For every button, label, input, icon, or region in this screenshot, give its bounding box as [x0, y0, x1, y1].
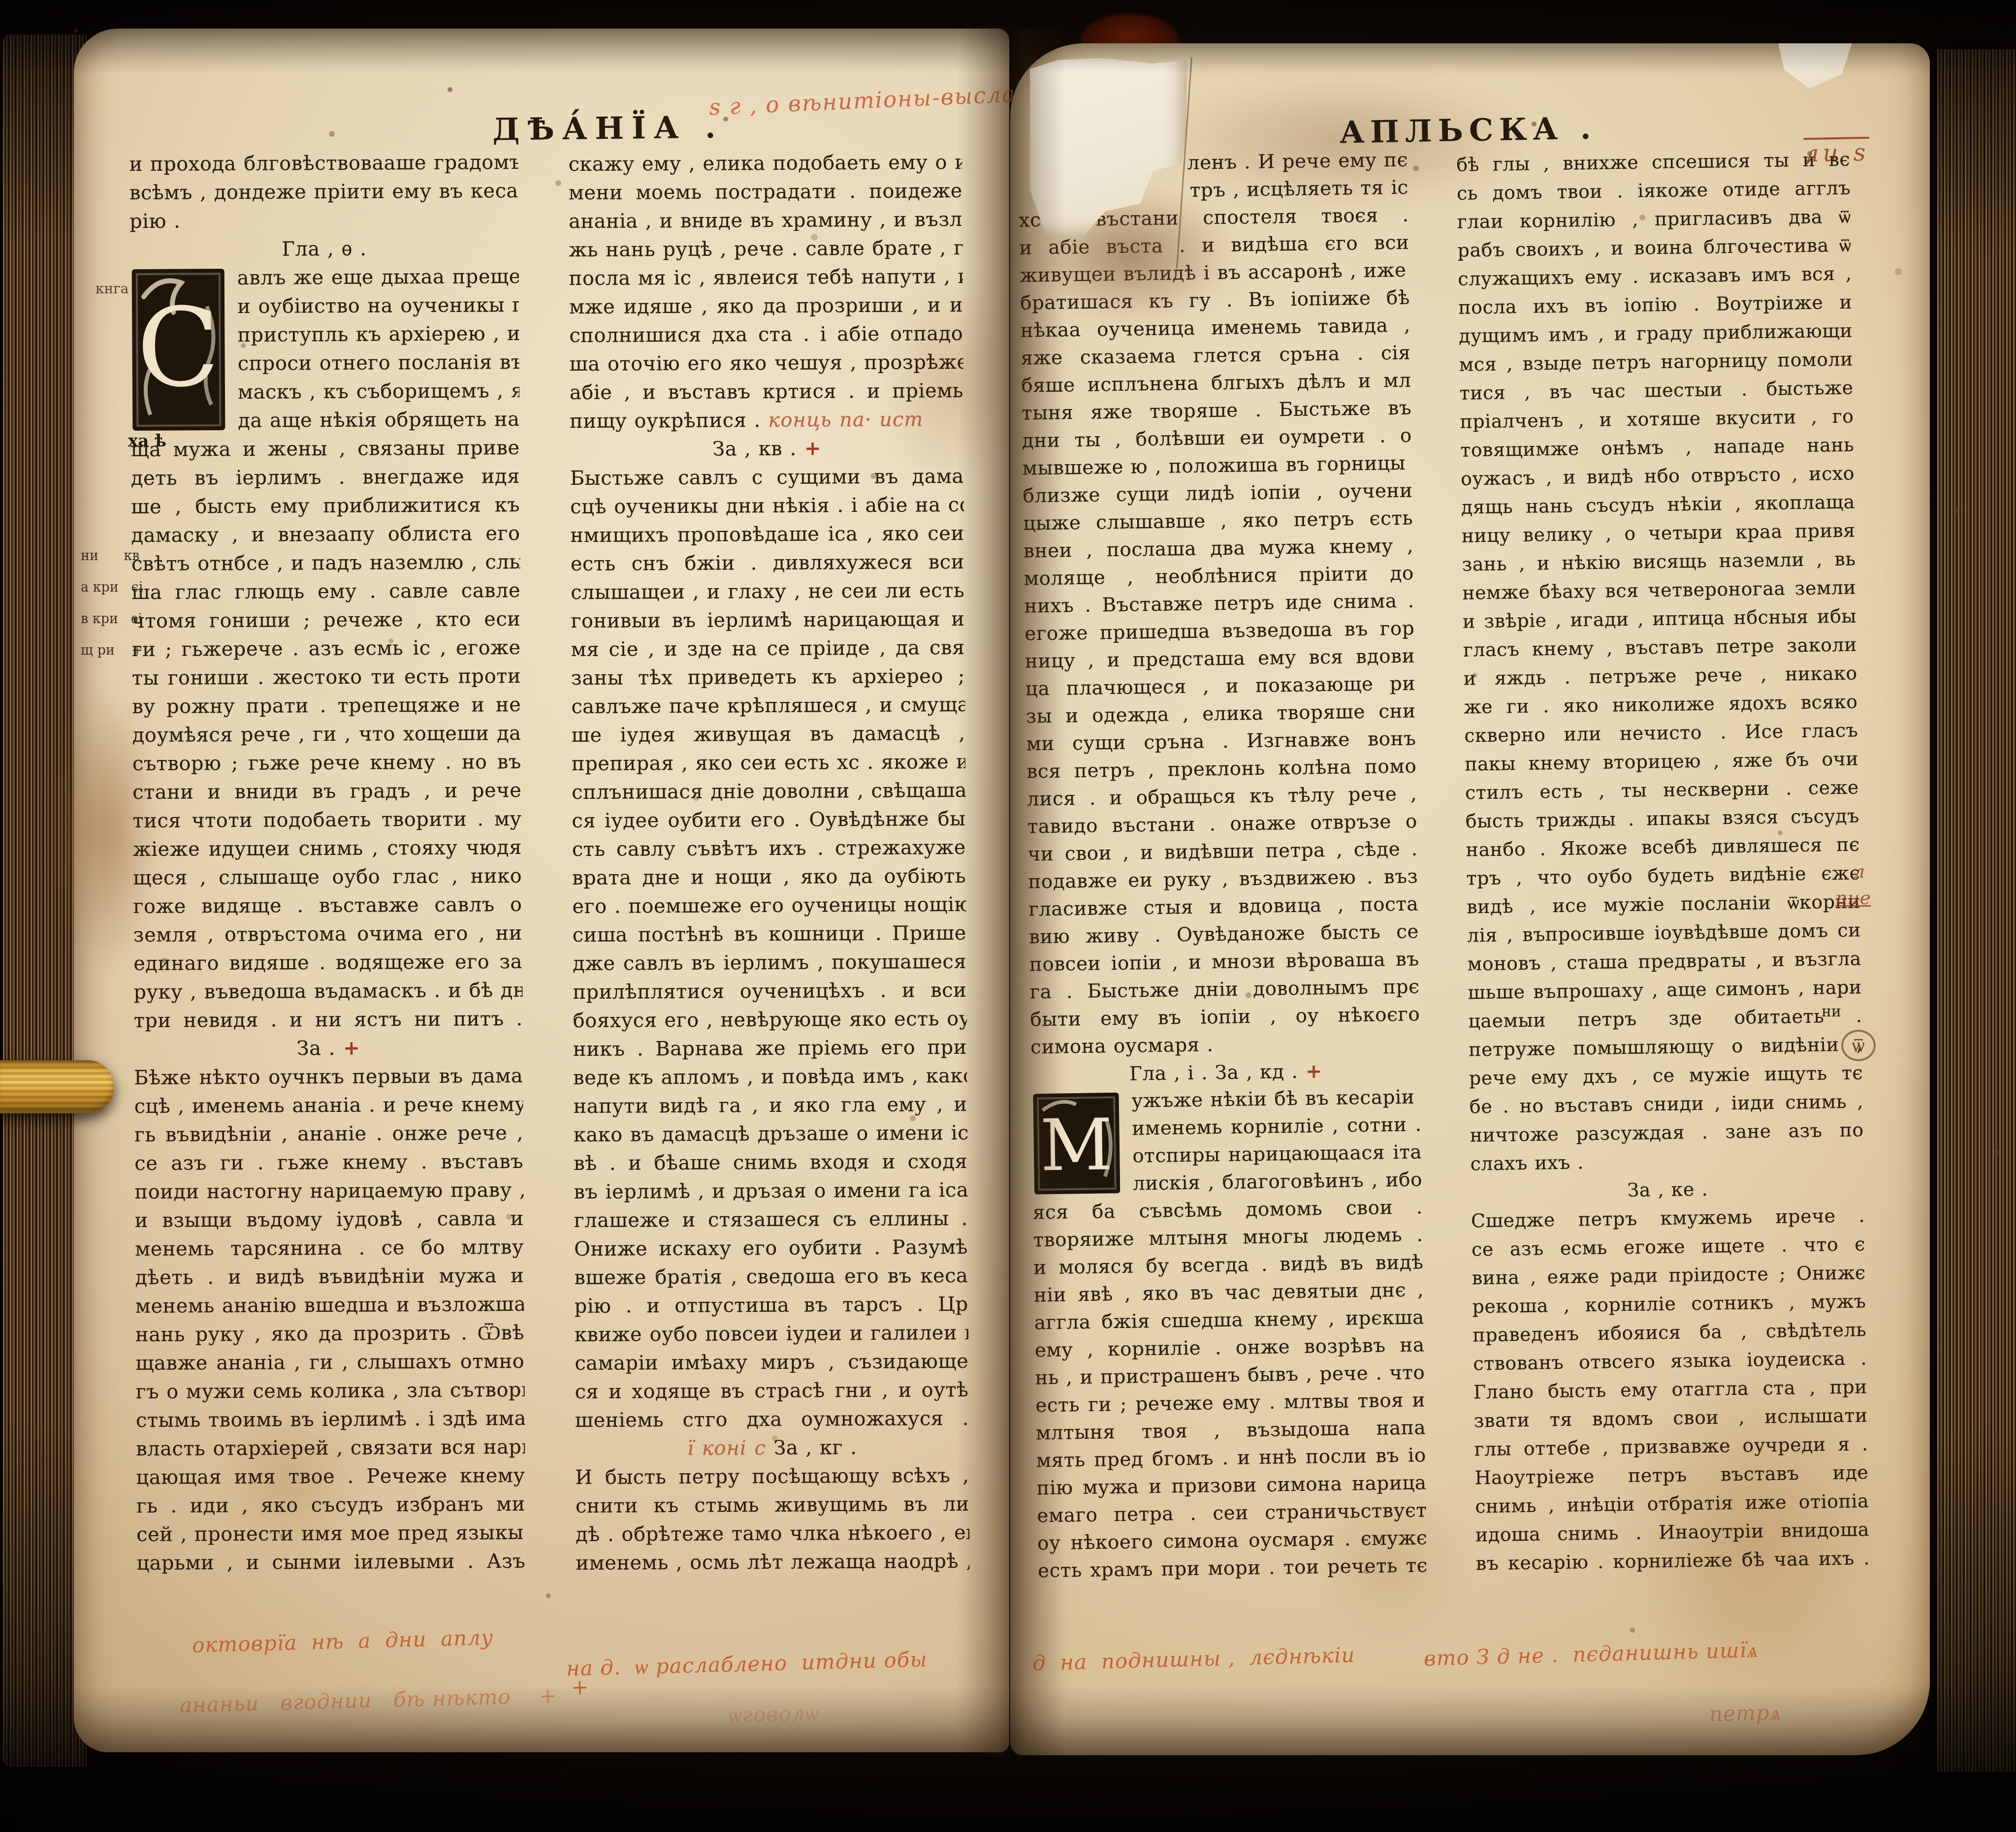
handwritten-note: петрѧ — [1709, 1700, 1782, 1727]
text-line: щеся , слышаще оубо глас , нико — [133, 862, 522, 892]
text-line: мя сіе , и зде на се пріиде , да свя — [571, 633, 965, 664]
text-line: абіе , и въставъ кртися . и пріемь — [570, 377, 963, 407]
text-line: ше іудея живущая въ дамасцѣ , — [571, 719, 965, 750]
text-line: авлъ же еще дыхаа прещеніемъ , — [237, 262, 519, 292]
left-page: ДѢА́НЇА . ѕ г , о вѣнитіоны-выслада + кн… — [74, 29, 1009, 1752]
text-line: дже савлъ въ іерлимъ , покушашеся — [573, 948, 966, 978]
text-line: маскъ , къ съборищемъ , яко — [238, 377, 519, 407]
text-line: быти ему въ іопіи , оу нѣкоєго — [1030, 1001, 1420, 1034]
text-line: препирая , яко сеи есть хс . якоже и — [572, 748, 965, 778]
text-line: чтомя гониши ; речеже , кто еси — [131, 605, 520, 635]
handwritten-note: пне — [1835, 887, 1871, 909]
text-line: ты гониши . жестоко ти есть проти — [132, 662, 521, 693]
text-line: тися чтоти подобаеть творити . му — [132, 805, 521, 835]
text-line: ся іудее оубити его . Оувѣдѣнже бы — [572, 805, 965, 835]
text-line: стымь твоимь въ іерлимѣ . і здѣ имать — [136, 1404, 525, 1435]
text-line: сть савлу съвѣтъ ихъ . стрежахуже — [572, 833, 966, 864]
text-line: менемь ананію вшедша и възложша — [135, 1290, 524, 1321]
text-line: есть храмъ при мори . тои речеть тє — [1038, 1552, 1428, 1585]
text-line: ша оточію его яко чешуя , прозрѣже — [570, 348, 963, 379]
text-column-left-2: скажу ему , елика подобаеть ему о имени … — [568, 148, 969, 1578]
handwritten-note: вто З д не . пєданишнь ишїѧ — [1423, 1638, 1759, 1671]
text-line: гъ о мужи семь колика , зла сътвори — [135, 1376, 524, 1406]
zachalo-cross: + — [796, 437, 821, 460]
text-line: шеніемь стго дха оумножахуся . — [575, 1404, 969, 1435]
text-line: да аще нѣкія обрящеть напути су — [238, 405, 519, 435]
paper-damage-chip — [1778, 43, 1852, 89]
text-line: ананіа , и вниде въ храмину , и възло — [569, 205, 962, 236]
text-line: сцѣ оученикы дни нѣкія . і абіе на со — [570, 491, 964, 521]
text-line: всѣмъ , дондеже пріити ему въ кеса — [129, 177, 518, 207]
text-line: царьми , и сынми іилевыми . Азъ — [136, 1547, 525, 1578]
text-line: есть снъ бжіи . дивляхужеся вси — [571, 548, 964, 578]
text-column-left-1: и прохода блговѣствовааше градомъвсѣмъ ,… — [129, 148, 525, 1578]
red-script: ї коні с — [687, 1437, 774, 1460]
text-line: сплънишася дніе доволни , свѣщаша — [572, 776, 965, 807]
handwritten-note: л — [1853, 860, 1865, 882]
text-line: цающая имя твое . Речеже кнему — [136, 1461, 525, 1492]
text-line: ше , бысть ему приближитися къ — [131, 491, 520, 521]
text-line: заны тѣх приведеть къ архіерео ; — [571, 662, 965, 693]
text-line: посла мя іс , явлеися тебѣ напути , и — [569, 262, 963, 293]
text-line: ничтоже разсуждая . зане азъ по — [1470, 1115, 1864, 1149]
text-line: власть отархіерей , связати вся нари — [136, 1433, 525, 1463]
text-line: и взыщи въдому іудовѣ , савла и — [135, 1204, 524, 1235]
text-line: деть въ іерлимъ . внегдаже идя — [131, 462, 520, 493]
zachalo-cross: + — [1298, 1060, 1322, 1083]
svg-text:С: С — [136, 284, 221, 411]
text-line: единаго видяше . водящеже его за — [133, 948, 522, 978]
text-line: пищу оукрѣпися . конць па· ист — [570, 405, 963, 436]
page-block-edge-right — [1937, 49, 2016, 1772]
text-line: и оубіиство на оученикы гня , — [237, 291, 519, 321]
text-line: Ониже искаху его оубити . Разумѣ — [574, 1233, 968, 1263]
text-line: сполнишися дха ста . і абіе отпадо — [569, 319, 963, 350]
text-line: И бысть петру посѣщающу всѣхъ , — [575, 1461, 969, 1492]
section-heading: За , кв . + — [570, 434, 963, 464]
text-line: дѣ . обрѣтеже тамо члка нѣкоего , ене — [576, 1518, 969, 1549]
text-line: щавже ананіа , ги , слышахъ отмно — [135, 1347, 524, 1378]
handwritten-note: ананьи вгоднии бѣ нѣкто + — [179, 1683, 557, 1717]
text-line: именемь корниліе , сотни . — [1132, 1111, 1422, 1142]
text-line: Бѣже нѣкто оучнкъ первыи въ дама — [134, 1062, 523, 1092]
text-line: вѣ . и бѣаше снимь входя и сходя — [574, 1147, 967, 1178]
text-line: сиша постѣнѣ въ кошници . Прише — [573, 919, 966, 949]
text-line: ся и ходяще въ страсѣ гни , и оутѣ — [575, 1376, 968, 1406]
text-line: скажу ему , елика подобаеть ему о и — [568, 148, 962, 179]
text-line: мже идяше , яко да прозриши , и и — [569, 291, 963, 321]
text-line: доумѣяся рече , ги , что хощеши да — [132, 719, 521, 750]
handwritten-note: октоврїа нѣ а дни аплу — [192, 1625, 493, 1657]
text-line: врата дне и нощи , яко да оубіють — [572, 862, 966, 892]
text-line: ша глас глющь ему . савле савле — [131, 576, 520, 607]
red-script: конць па· ист — [761, 408, 924, 432]
handwritten-note: ни — [1822, 1003, 1841, 1020]
text-line: спроси отнего посланія въ да — [238, 348, 519, 378]
text-line: самаріи имѣаху миръ , съзидающе — [575, 1347, 968, 1378]
text-line: напути видѣ га , и яко гла ему , и — [573, 1090, 967, 1121]
text-line: именемь , осмь лѣт лежаща наодрѣ , — [576, 1547, 969, 1578]
text-line: гонивыи въ іерлимѣ нарицающая и — [571, 605, 964, 635]
section-heading: За . + — [134, 1033, 523, 1064]
text-line: стани и вниди въ градъ , и рече — [132, 776, 521, 807]
text-line: нмищихъ проповѣдаше іса , яко сеи — [570, 519, 964, 550]
text-line: никъ . Варнава же пріемь его при — [573, 1033, 967, 1064]
text-line: поиди настогну нарицаемую праву , — [134, 1176, 523, 1206]
text-line: сцѣ , именемь ананіа . и рече кнему — [134, 1090, 523, 1121]
text-line: три невидя . и ни ястъ ни питъ . — [134, 1005, 523, 1035]
ornamental-initial-С: С — [130, 267, 227, 433]
text-line: глашеже и стязашеся съ еллины . — [574, 1204, 968, 1235]
bookmark-stick — [0, 1060, 114, 1113]
gutter-shadow — [958, 29, 1066, 1755]
text-line: прилѣплятися оученицѣхъ . и вси — [573, 976, 966, 1007]
text-line: сей , пронести имя мое пред языкы й — [136, 1518, 525, 1549]
text-line: како въ дамасцѣ дръзаше о имени ісо — [574, 1119, 967, 1149]
handwritten-note: д на поднишны , лєднѣкіи — [1032, 1642, 1355, 1675]
handwritten-note: ѿ — [1841, 1030, 1876, 1061]
text-line: и прохода блговѣствовааше градомъ — [129, 148, 518, 179]
text-line: рію . и отпустиша въ тарсъ . Цр — [575, 1290, 968, 1321]
text-line: его . поемшеже его оученицы нощію свѣ — [572, 890, 966, 921]
text-line: вшеже братія , сведоша его въ кеса — [574, 1262, 968, 1292]
text-line: въ іерлимѣ , и дръзая о имени га іса . — [574, 1176, 967, 1206]
text-line: Быстьже савлъ с сущими въ дама — [570, 462, 964, 493]
text-line: свѣтъ отнбсе , и падъ наземлю , слы — [131, 548, 520, 578]
text-line: ща мужа и жены , связаны приве — [130, 434, 519, 464]
text-column-right-1: ленъ . И рече ему пєтръ , исцѣляеть тя і… — [1018, 147, 1428, 1585]
text-line: дѣеть . и видѣ въвидѣніи мужа и — [135, 1262, 524, 1292]
text-line: снити къ стымь живущимь въ ли — [576, 1490, 969, 1520]
text-line: нань руку , яко да прозрить . Ѿвѣ — [135, 1319, 524, 1349]
text-line: ги ; гьжерече . азъ есмь іс , егоже — [132, 633, 521, 664]
text-line: гь въвидѣніи , ананіе . онже рече , — [134, 1119, 523, 1149]
text-line: се азъ ги . гьже кнему . въставъ — [134, 1147, 523, 1178]
handwritten-note: + — [571, 1675, 589, 1700]
text-line: гь . иди , яко съсудъ избранъ ми — [136, 1490, 525, 1520]
text-line: лискія , благоговѣинъ , ибо — [1133, 1166, 1423, 1198]
section-heading: ї коні с За , кг . — [575, 1433, 969, 1463]
right-page: АПЛЬСКА . ли ѕ ленъ . И рече ему пєтръ ,… — [1010, 43, 1930, 1755]
text-line: въ кесарію . корниліеже бѣ чаа ихъ . — [1475, 1544, 1870, 1578]
text-line: земля , отвръстома очима его , ни — [133, 919, 522, 949]
text-line: ву рожну прати . трепещяже и не — [132, 691, 521, 721]
text-line: приступль къ архіерею , и — [237, 319, 519, 349]
text-line: веде къ апломъ , и повѣда имъ , како — [573, 1062, 967, 1092]
handwritten-note: ѡговолѡ — [728, 1701, 819, 1728]
text-line: менемь тарсянина . се бо млтву — [135, 1233, 524, 1263]
book-photo: ДѢА́НЇА . ѕ г , о вѣнитіоны-выслада + кн… — [0, 0, 2016, 1832]
text-line: ужъже нѣкіи бѣ въ кесаріи , — [1131, 1083, 1421, 1115]
foxing-dots — [74, 29, 78, 32]
running-title-right: АПЛЬСКА . — [1305, 109, 1631, 151]
text-line: жіеже идущеи снимь , стояху чюдя — [133, 833, 522, 864]
text-line: рію . — [129, 205, 518, 236]
text-line: савлъже паче крѣпляшеся , и смуща — [571, 691, 965, 721]
text-line: мени моемь пострадати . поидеже — [569, 177, 962, 207]
handwritten-note: на д. ѡ раслаблено итдни обы — [566, 1647, 928, 1681]
text-line: дамаску , и внезаапу облиста его — [131, 519, 520, 550]
text-line: слышащеи , и глаху , не сеи ли есть — [571, 576, 964, 607]
text-line: гоже видяще . въставже савлъ о — [133, 890, 522, 921]
text-line: жь нань руцѣ , рече . савле брате , гь — [569, 234, 962, 264]
zachalo-cross: + — [335, 1037, 360, 1060]
text-line: бояхуся его , невѣрующе яко есть оуче — [573, 1005, 967, 1035]
text-line: руку , въведоша въдамаскъ . и бѣ дни — [133, 976, 522, 1007]
text-line: сътворю ; гьже рече кнему . но въ — [132, 748, 521, 778]
text-column-right-2: бѣ глы , внихже спсешися ты и вєсь домъ … — [1456, 145, 1870, 1578]
text-line: квиже оубо повсеи іудеи и галилеи и — [575, 1319, 968, 1349]
text-line: отспиры нарицающаася іта — [1132, 1138, 1422, 1170]
section-heading: Гла , ѳ . — [129, 234, 518, 264]
